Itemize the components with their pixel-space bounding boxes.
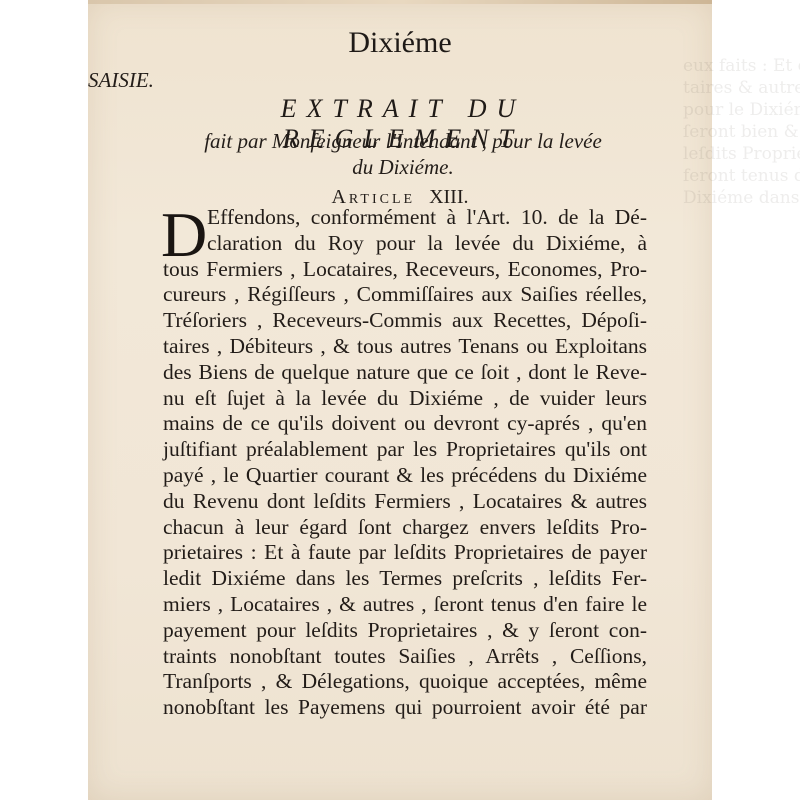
body-line-text: du Revenu dont leſdits Fermiers , Locata…	[163, 489, 647, 515]
body-line-text: des Biens de quelque nature que ce ſoit …	[163, 360, 647, 386]
bleed-line: ſeront bien & valablement quittes & déch…	[683, 121, 800, 143]
margin-note: SAISIE.	[88, 68, 154, 93]
body-line: payement pour leſdits Proprietaires , & …	[163, 618, 647, 644]
body-line: payé , le Quartier courant & les précéde…	[163, 463, 647, 489]
bleed-line: pour le Dixiéme à l'acquit deſdits Propr…	[683, 99, 800, 121]
body-line-text: prietaires : Et à faute par leſdits Prop…	[163, 540, 647, 566]
body-line-text: Tranſports , & Délegations, quoique acce…	[163, 669, 647, 695]
bleed-line: taires & autres les Quittances de ce qu'…	[683, 77, 800, 99]
subtitle-line: du Dixiéme.	[160, 154, 646, 180]
body-line-text: nonobſtant les Payemens qui pourroient a…	[163, 695, 647, 721]
body-line-text: chacun à leur égard ſont chargez envers …	[163, 515, 647, 541]
body-line-text: juſtifiant préalablement par les Proprie…	[163, 437, 647, 463]
body-line-text: Tréſoriers , Receveurs-Commis aux Recett…	[163, 308, 647, 334]
body-line-text: ledit Dixiéme dans les Termes preſcrits …	[163, 566, 647, 592]
body-line: Tranſports , & Délegations, quoique acce…	[163, 669, 647, 695]
body-line: tous Fermiers , Locataires, Receveurs, E…	[163, 257, 647, 283]
body-line: mains de ce qu'ils doivent ou devront cy…	[163, 411, 647, 437]
body-line-text: payement pour leſdits Proprietaires , & …	[163, 618, 647, 644]
body-line: Effendons, conformément à l'Art. 10. de …	[163, 205, 647, 231]
subtitle-line: fait par Monſeigneur l'Intendant , pour …	[160, 128, 646, 154]
body-line: miers , Locataires , & autres , ſeront t…	[163, 592, 647, 618]
running-head: Dixiéme	[0, 26, 800, 60]
body-line-text: taires , Débiteurs , & tous autres Tenan…	[163, 334, 647, 360]
body-line: nonobſtant les Payemens qui pourroient a…	[163, 695, 647, 721]
body-line-text: claration du Roy pour la levée du Dixiém…	[207, 231, 647, 257]
body-line-text: tous Fermiers , Locataires, Receveurs, E…	[163, 257, 647, 283]
body-line-text: cureurs , Régiſſeurs , Commiſſaires aux …	[163, 282, 647, 308]
body-line: Tréſoriers , Receveurs-Commis aux Recett…	[163, 308, 647, 334]
body-line-text: Effendons, conformément à l'Art. 10. de …	[207, 205, 647, 231]
drop-cap: D	[161, 211, 207, 259]
body-line: prietaires : Et à faute par leſdits Prop…	[163, 540, 647, 566]
body-line: taires , Débiteurs , & tous autres Tenan…	[163, 334, 647, 360]
body-line: traints nonobſtant toutes Saiſies , Arrê…	[163, 644, 647, 670]
body-line-text: miers , Locataires , & autres , ſeront t…	[163, 592, 647, 618]
body-line-text: mains de ce qu'ils doivent ou devront cy…	[163, 411, 647, 437]
body-line: chacun à leur égard ſont chargez envers …	[163, 515, 647, 541]
body-line: cureurs , Régiſſeurs , Commiſſaires aux …	[163, 282, 647, 308]
body-line: ledit Dixiéme dans les Termes preſcrits …	[163, 566, 647, 592]
body-line: juſtifiant préalablement par les Proprie…	[163, 437, 647, 463]
body-line: nu eſt ſujet à la levée du Dixiéme , de …	[163, 386, 647, 412]
subtitle: fait par Monſeigneur l'Intendant , pour …	[160, 128, 646, 180]
bleed-line: feront tenus d'allouer leſdites Quittanc…	[683, 165, 800, 187]
bleed-line: leſdits Proprietaires, à qui leſdites Qu…	[683, 143, 800, 165]
body-line-text: payé , le Quartier courant & les précéde…	[163, 463, 647, 489]
body-line: claration du Roy pour la levée du Dixiém…	[163, 231, 647, 257]
body-line-text: nu eſt ſujet à la levée du Dixiéme , de …	[163, 386, 647, 412]
body-line-text: traints nonobſtant toutes Saiſies , Arrê…	[163, 644, 647, 670]
article-body: D Effendons, conformément à l'Art. 10. d…	[163, 205, 647, 721]
body-line: des Biens de quelque nature que ce ſoit …	[163, 360, 647, 386]
body-line: du Revenu dont leſdits Fermiers , Locata…	[163, 489, 647, 515]
